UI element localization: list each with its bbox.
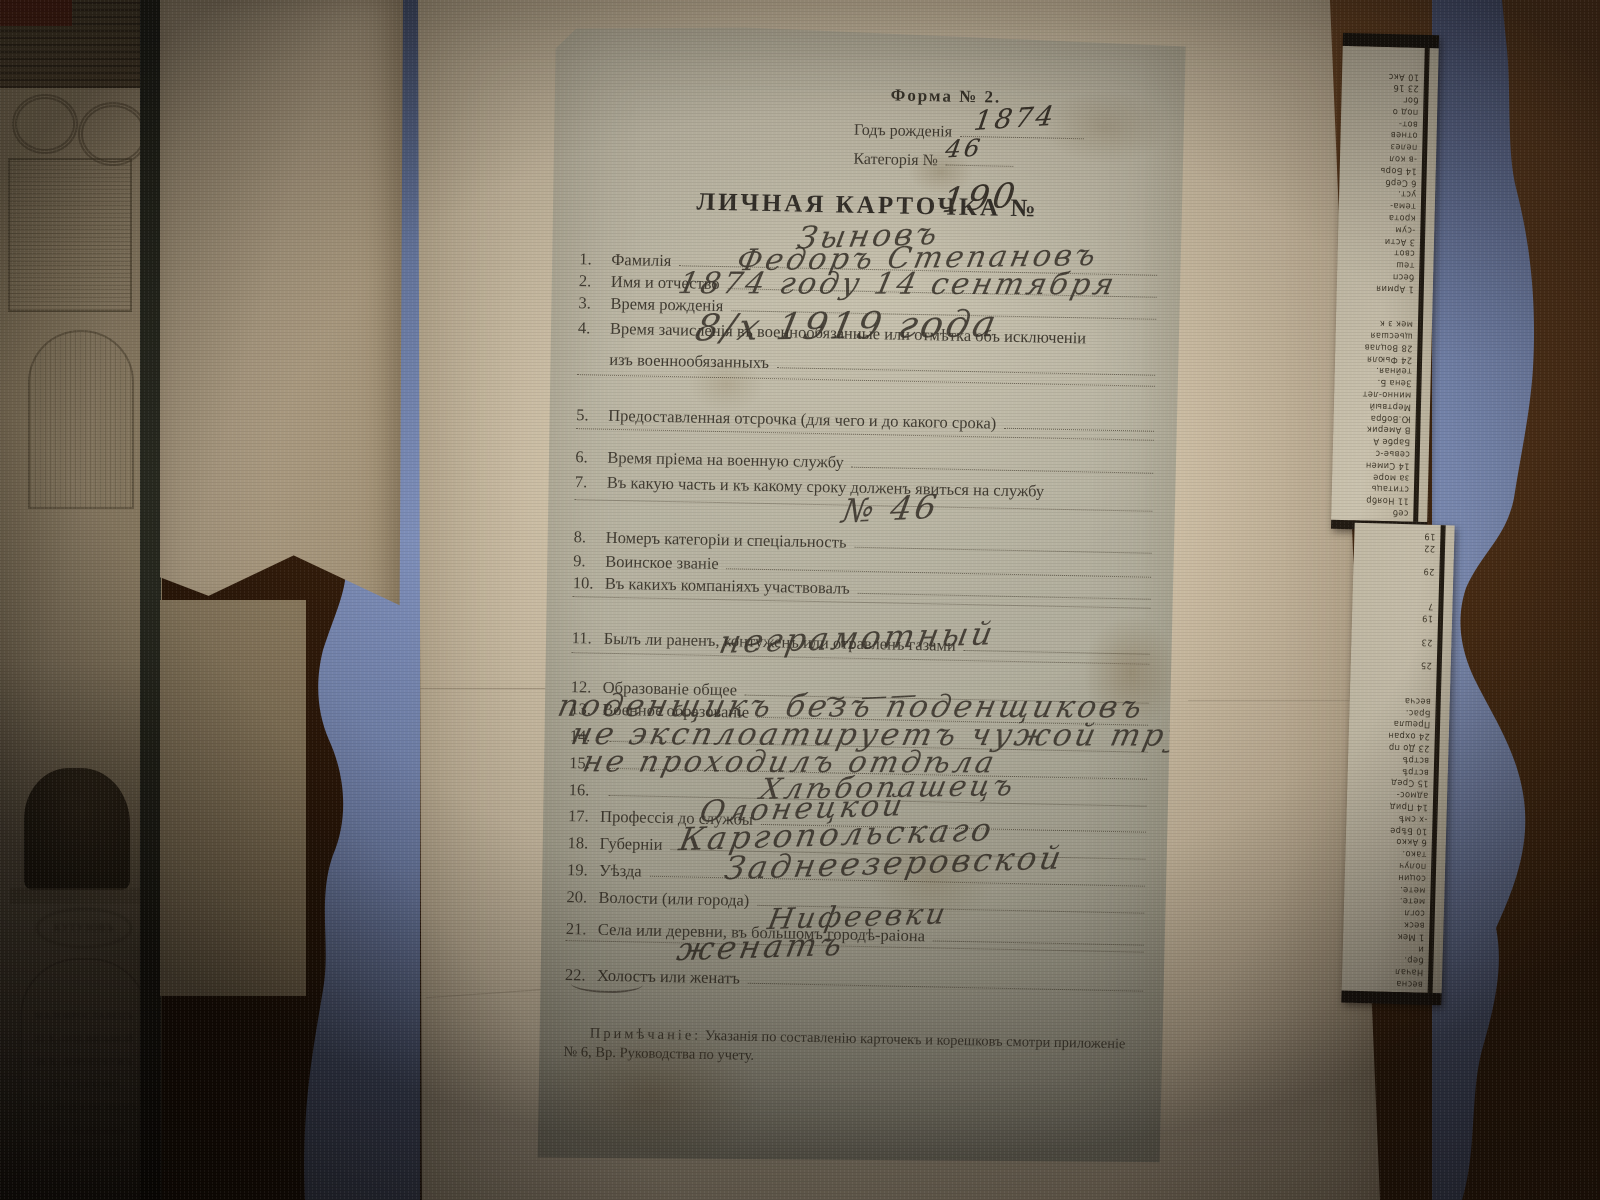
newsprint-line: 23 До пр (1360, 739, 1429, 753)
newsprint-line (1365, 574, 1434, 588)
newsprint-line (1366, 551, 1435, 565)
newsprint-line: В Америк (1345, 422, 1411, 435)
line-number: 4. (578, 318, 610, 339)
newsprint-line: -х смѣ (1358, 810, 1427, 824)
cartouche-text: КУТУЗОВЪ (54, 923, 114, 934)
card-line: 5.Предоставленная отсрочка (для чего и д… (576, 402, 1154, 436)
newsprint-line: 23 (1363, 633, 1432, 647)
newsprint-line: под о (1353, 103, 1419, 116)
newsprint-line: 15 Сред (1359, 775, 1428, 789)
plaque-line: 28.XI.-ВИЛЬНА (22, 1144, 146, 1167)
newsprint-line: 14 Борь (1351, 162, 1417, 175)
paper-stain (688, 356, 764, 412)
dotted-line (748, 966, 1143, 991)
line-label: Уѣзда (599, 860, 642, 881)
paper-stain (1041, 88, 1167, 165)
newsprint-line: 1 Армия (1348, 280, 1414, 293)
fold-crease (418, 688, 563, 690)
newsprint-line: 19 (1366, 528, 1435, 541)
newsprint-line (1364, 621, 1433, 635)
line-label: Время пріема на военную службу (607, 447, 844, 472)
newsprint-line: щьесшая (1347, 327, 1413, 340)
newsprint-line: 10 Бѣре (1358, 822, 1427, 836)
newsprint-line: отнев (1352, 127, 1418, 140)
plaque-line: 28.X.-ЛЯХОВО (22, 1075, 146, 1098)
vintage-engraved-poster: КУТУЗОВЪ МАЛОЯРОСЛАВЕЦЪ22.X.-ПОД.ВЯЗЬМОЙ… (0, 0, 162, 1200)
birth-year-handwritten: 1874 (972, 101, 1059, 137)
dotted-line (1004, 411, 1154, 432)
newsprint-line: 14 Прид (1359, 798, 1428, 812)
engraved-arch-panel (28, 330, 134, 509)
birth-year-label: Годъ рожденія (854, 122, 952, 142)
line-label: Фамилія (611, 249, 671, 270)
newsprint-line: 19 (1364, 609, 1433, 623)
newsprint-line: -сум (1350, 221, 1416, 234)
newsprint-line (1362, 680, 1431, 694)
handwritten-entry: № 46 (839, 487, 942, 531)
newsprint-line: 1 Мек (1355, 928, 1424, 942)
newsprint-line (1348, 292, 1414, 305)
line-number: 8. (574, 527, 606, 548)
newsprint-line: Ю.Вобра (1345, 410, 1411, 423)
newsprint-line: 7 (1364, 598, 1433, 612)
newsprint-line: и (1355, 940, 1424, 954)
newsprint-line: бер. (1354, 951, 1423, 965)
aged-paper-piece-lower (160, 600, 306, 996)
dotted-line (777, 350, 1156, 375)
monument-statue-engraving (24, 768, 130, 890)
form-number-label: Форма № 2. (890, 85, 1001, 107)
newsprint-line: 6 Серб (1351, 174, 1417, 187)
photo-of-old-documents: КУТУЗОВЪ МАЛОЯРОСЛАВЕЦЪ22.X.-ПОД.ВЯЗЬМОЙ… (0, 0, 1600, 1200)
line-number: 5. (576, 405, 608, 426)
poster-red-corner (0, 0, 72, 26)
dotted-line (854, 530, 1152, 553)
poster-border-stripe (140, 0, 161, 1200)
line-label: Предоставленная отсрочка (для чего и до … (608, 405, 996, 433)
plaque-line: 3.XI.-ПОД.КРАСНЫМЪ (22, 1098, 146, 1121)
newsprint-line: Прешла (1361, 716, 1430, 730)
newsprint-line: пелез (1352, 139, 1418, 152)
newsprint-line: Мертвый (1346, 398, 1412, 411)
card-number-handwritten: 190 (940, 175, 1020, 221)
line-number: 16. (568, 780, 600, 801)
line-number: 21. (566, 919, 598, 940)
newsprint-line: тейная. (1346, 363, 1412, 376)
newsprint-line: минно-лет (1346, 386, 1412, 399)
line-number: 3. (578, 293, 610, 314)
newsprint-line: Начал (1354, 963, 1423, 977)
newsprint-line: согл (1356, 904, 1425, 918)
plaque-line: 22.X.-ПОД.ВЯЗЬМОЙ (22, 1029, 146, 1052)
engraved-frieze-scene (0, 0, 140, 88)
line-label: Номеръ категоріи и спеціальность (606, 527, 847, 552)
newsprint-line: крота (1350, 209, 1416, 222)
newspaper-calendar-strip-lower: веснаНачалбер.и1 Меквесксоглмете.мете.со… (1341, 523, 1454, 1006)
newsprint-line: бесп (1349, 268, 1415, 281)
category-number-handwritten: 46 (943, 134, 985, 164)
name-cartouche: КУТУЗОВЪ (36, 908, 132, 948)
newsprint-line (1363, 645, 1432, 659)
line-number: 19. (567, 860, 599, 881)
line-number: 17. (568, 806, 600, 827)
memorial-plaque: МАЛОЯРОСЛАВЕЦЪ22.X.-ПОД.ВЯЗЬМОЙ26.X.-ДОР… (20, 958, 148, 1196)
line-number: 10. (573, 573, 605, 594)
plaque-line: 26.X.-ДОРОГОБУЖЪ (22, 1052, 146, 1075)
newsprint-line: свот (1349, 245, 1415, 258)
plaque-line: 14.XI.-БЕРЕЗИНА (22, 1121, 146, 1144)
newsprint-line: 24 охран (1361, 727, 1430, 741)
newsprint-line: 24 Фьюля (1347, 351, 1413, 364)
pen-stroke (571, 974, 643, 993)
newsprint-line: Брас. (1361, 704, 1430, 718)
line-label: Губерніи (599, 833, 662, 854)
newsprint-line: тема- (1350, 198, 1416, 211)
newsprint-column-upside-down: себ11 Ноябрститацьза море14 Сименсевье-с… (1337, 51, 1419, 518)
line-number: 18. (567, 833, 599, 854)
line-number: 20. (566, 887, 598, 908)
newsprint-line: ститаць (1344, 481, 1410, 494)
newsprint-line: мете. (1356, 881, 1425, 895)
newsprint-line (1348, 304, 1414, 317)
engraved-panel (8, 158, 132, 312)
newsprint-line: весна (1354, 975, 1423, 989)
newsprint-line: себ (1343, 504, 1409, 517)
pedestal-band (10, 888, 148, 904)
newsprint-line: мек з к (1348, 316, 1414, 329)
newsprint-line: бог (1353, 91, 1419, 104)
card-line: 22.Холостъ или женатъ (565, 962, 1143, 996)
newsprint-line: -в кол (1352, 150, 1418, 163)
newsprint-line: 22 (1366, 539, 1435, 553)
newsprint-line: Барбе А (1345, 433, 1411, 446)
newsprint-line: 10 Акс (1354, 68, 1420, 81)
newsprint-line: встрѣ (1360, 751, 1429, 765)
newsprint-line: адмос- (1359, 786, 1428, 800)
newsprint-line: весча (1362, 692, 1431, 706)
newsprint-line: Зена Б. (1346, 375, 1412, 388)
dotted-line (852, 450, 1154, 474)
laurel-wreath-ornament (78, 102, 148, 166)
line-number: 2. (579, 271, 611, 292)
newsprint-line: 11 Ноябр (1343, 492, 1409, 505)
line-label: Волости (или города) (598, 887, 749, 910)
line-label: Въ какую часть и къ какому сроку долженъ… (607, 473, 1045, 502)
personal-card-document: Форма № 2. Годъ рожденія Категорія № ЛИЧ… (533, 24, 1186, 1170)
newsprint-line: 23 16 (1353, 80, 1419, 93)
line-number (577, 364, 609, 365)
plaque-line: МАЛОЯРОСЛАВЕЦЪ (22, 1006, 146, 1029)
handwritten-entry: 8/х 1919 года (692, 302, 1003, 349)
newsprint-column-upside-down: веснаНачалбер.и1 Меквесксоглмете.мете.со… (1348, 528, 1436, 989)
newsprint-line: встрѣ (1360, 763, 1429, 777)
newsprint-line: 14 Симен (1344, 457, 1410, 470)
handwritten-entry: женатъ (674, 925, 848, 968)
line-number: 11. (572, 628, 604, 649)
newsprint-line: за море (1344, 469, 1410, 482)
line-number: 1. (579, 249, 611, 270)
newsprint-line: получ (1357, 857, 1426, 871)
newsprint-line: веск (1355, 916, 1424, 930)
newsprint-line: 3 Асти (1350, 233, 1416, 246)
handwritten-entry: 1874 году 14 сентября (675, 266, 1120, 302)
aged-paper-piece-upper (160, 0, 403, 624)
newsprint-line: 29 (1365, 562, 1434, 576)
newsprint-line (1362, 668, 1431, 682)
newsprint-line: севье-с (1344, 445, 1410, 458)
line-number: 7. (575, 472, 607, 493)
newsprint-line: уст. (1351, 186, 1417, 199)
line-number: 6. (575, 447, 607, 468)
line-label: Въ какихъ компаніяхъ участвовалъ (605, 573, 850, 598)
newsprint-line: мете. (1356, 893, 1425, 907)
newsprint-line: теш (1349, 257, 1415, 270)
newsprint-line: 28 Воцлав (1347, 339, 1413, 352)
newsprint-line (1365, 586, 1434, 600)
laurel-wreath-ornament (12, 94, 78, 154)
newsprint-line: социн (1357, 869, 1426, 883)
dotted-line (933, 923, 1144, 945)
newsprint-line: вот- (1352, 115, 1418, 128)
newsprint-line: тако. (1357, 845, 1426, 859)
newsprint-line: 25 (1363, 657, 1432, 671)
newspaper-calendar-strip-upper: себ11 Ноябрститацьза море14 Сименсевье-с… (1331, 33, 1439, 531)
line-number: 9. (573, 551, 605, 572)
newsprint-line: 6 Акко (1358, 834, 1427, 848)
